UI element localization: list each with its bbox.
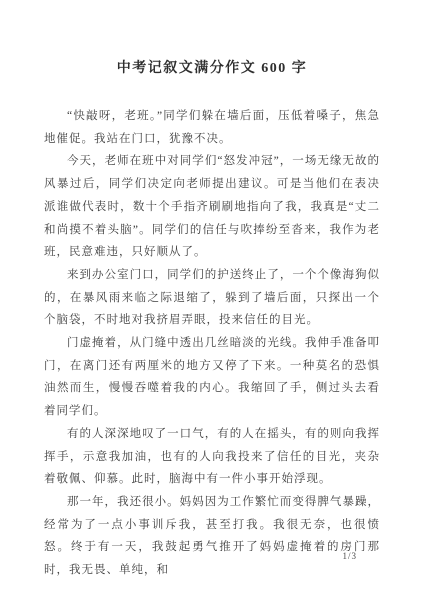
essay-paragraph: 来到办公室门口，同学们的护送终止了，一个个像海狗似的，在暴风雨来临之际退缩了，躲… <box>44 264 380 332</box>
essay-paragraph: “快敲呀，老班。”同学们躲在墙后面，压低着嗓子，焦急地催促。我站在门口，犹豫不决… <box>44 105 380 150</box>
page-number-indicator: 1/3 <box>342 551 357 561</box>
essay-paragraph: 有的人深深地叹了一口气，有的人在摇头，有的则向我挥挥手，示意我加油，也有的人向我… <box>44 423 380 491</box>
essay-paragraph: 那一年，我还很小。妈妈因为工作繁忙而变得脾气暴躁，经常为了一点小事训斥我，甚至打… <box>44 491 380 582</box>
essay-paragraph: 门虚掩着，从门缝中透出几丝暗淡的光线。我伸手准备叩门，在离门还有两厘米的地方又停… <box>44 332 380 423</box>
essay-title: 中考记叙文满分作文 600 字 <box>0 0 424 78</box>
essay-paragraph: 今天，老师在班中对同学们“怒发冲冠”，一场无缘无故的风暴过后，同学们决定向老师提… <box>44 150 380 264</box>
essay-body: “快敲呀，老班。”同学们躲在墙后面，压低着嗓子，焦急地催促。我站在门口，犹豫不决… <box>44 105 380 582</box>
document-page: 中考记叙文满分作文 600 字 “快敲呀，老班。”同学们躲在墙后面，压低着嗓子，… <box>0 0 424 600</box>
